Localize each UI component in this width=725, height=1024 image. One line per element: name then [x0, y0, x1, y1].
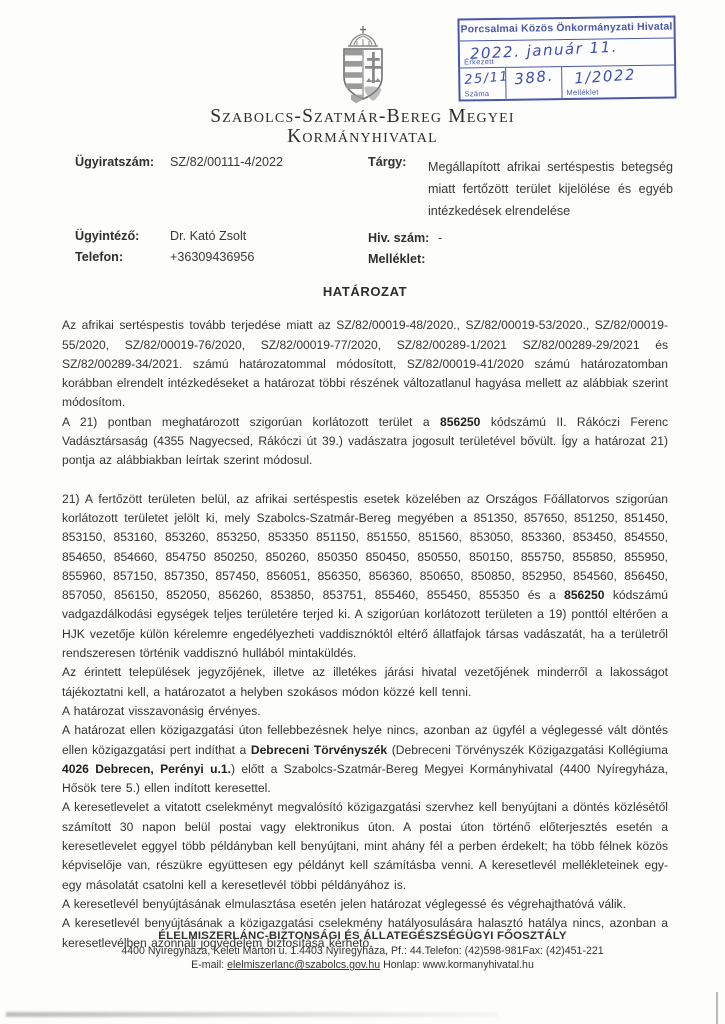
case-number-value: SZ/82/00111-4/2022 [170, 155, 283, 169]
department-contact-line: E-mail: elelmiszerlanc@szabolcs.gov.hu H… [0, 959, 725, 971]
department-footer: ÉLELMISZERLÁNC-BIZTONSÁGI ÉS ÁLLATEGÉSZS… [0, 930, 725, 971]
subject-label: Tárgy: [368, 155, 407, 169]
paragraph-intro: Az afrikai sertéspestis tovább terjedése… [62, 316, 668, 412]
paragraph-appeal-text2: (Debreceni Törvényszék Közigazgatási Kol… [387, 743, 668, 757]
department-name: ÉLELMISZERLÁNC-BIZTONSÁGI ÉS ÁLLATEGÉSZS… [0, 930, 725, 942]
officer-label: Ügyintéző: [75, 229, 139, 243]
email-address: elelmiszerlanc@szabolcs.gov.hu [227, 959, 380, 971]
court-name: Debreceni Törvényszék [251, 743, 387, 757]
office-title-line2: Kormányhivatal [0, 127, 725, 147]
homepage-label: Honlap: [383, 959, 420, 971]
case-number-label: Ügyiratszám: [75, 155, 154, 169]
paragraph-validity: A határozat visszavonásig érvényes. [62, 702, 668, 721]
decision-body: HATÁROZAT Az afrikai sertéspestis tovább… [62, 282, 668, 953]
hunting-unit-code: 856250 [440, 415, 480, 429]
paragraph-modification-text: A 21) pontban meghatározott szigorúan ko… [62, 415, 440, 429]
hunting-unit-code-bold: 856250 [564, 588, 604, 602]
paragraph-modification: A 21) pontban meghatározott szigorúan ko… [62, 413, 668, 471]
phone-value: +36309436956 [170, 250, 254, 264]
office-title-line1: Szabolcs-Szatmár-Bereg Megyei [0, 107, 725, 127]
scanned-decree-page: Porcsalmai Közös Önkormányzati Hivatal 2… [0, 0, 725, 1024]
paragraph-lawsuit-filing: A keresetlevelet a vitatott cselekményt … [62, 798, 668, 894]
reference-number-value: - [438, 231, 442, 245]
reference-number-label: Hiv. szám: [368, 231, 429, 245]
email-label: E-mail: [191, 959, 224, 971]
attachment-label: Melléklet: [368, 252, 425, 266]
government-office-title: Szabolcs-Szatmár-Bereg Megyei Kormányhiv… [0, 107, 725, 147]
decision-heading: HATÁROZAT [62, 282, 668, 301]
scan-edge-artifact [716, 992, 718, 1024]
scan-shadow-artifact [6, 1012, 499, 1017]
paragraph-appeal: A határozat ellen közigazgatási úton fel… [62, 721, 668, 798]
homepage-url: www.kormanyhivatal.hu [423, 959, 534, 971]
phone-label: Telefon: [75, 250, 123, 264]
paragraph-finality: A keresetlevél benyújtásának elmulasztás… [62, 895, 668, 914]
court-address: 4026 Debrecen, Perényi u.1. [62, 762, 231, 776]
subject-value: Megállapított afrikai sertéspestis beteg… [428, 156, 673, 222]
department-address: 4400 Nyíregyháza, Keleti Márton u. 1.440… [0, 945, 725, 957]
paragraph-point-21: 21) A fertőzött területen belül, az afri… [62, 490, 668, 664]
paragraph-notification: Az érintett települések jegyzőjének, ill… [62, 663, 668, 702]
restricted-area-codes: 21) A fertőzött területen belül, az afri… [62, 492, 668, 602]
officer-value: Dr. Kató Zsolt [170, 229, 246, 243]
hungarian-coat-of-arms-icon [0, 25, 725, 112]
